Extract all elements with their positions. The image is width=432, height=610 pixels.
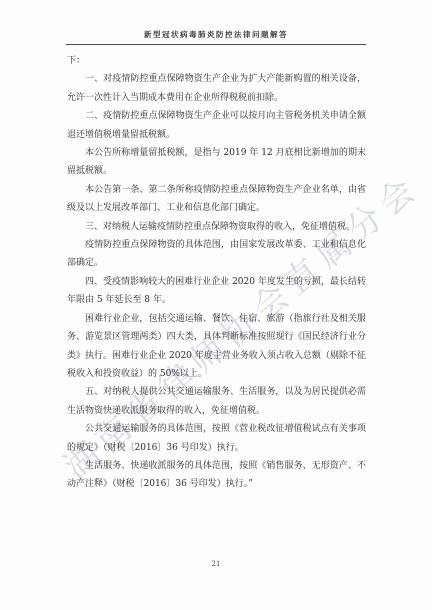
paragraph: 四、受疫情影响较大的困难行业企业 2020 年度发生的亏损，最长结转年限由 5 … [67,273,366,310]
paragraph: 二、疫情防控重点保障物资生产企业可以按月向主管税务机关申请全额退还增值税增量留抵… [67,107,366,144]
document-page: 湖南省律师协会直属分会 新型冠状病毒肺炎防控法律问题解答 下： 一、对疫情防控重… [0,0,432,610]
document-body: 下： 一、对疫情防控重点保障物资生产企业为扩大产能新购置的相关设备，允许一次性计… [67,52,366,494]
paragraph: 一、对疫情防控重点保障物资生产企业为扩大产能新购置的相关设备，允许一次性计入当期… [67,70,366,107]
paragraph: 困难行业企业，包括交通运输、餐饮、住宿、旅游（指旅行社及相关服务、游览景区管理两… [67,310,366,384]
paragraph: 公共交通运输服务的具体范围，按照《营业税改征增值税试点有关事项的规定》（财税〔2… [67,420,366,457]
paragraph: 疫情防控重点保障物资的具体范围，由国家发展改革委、工业和信息化部确定。 [67,236,366,273]
paragraph: 五、对纳税人提供公共交通运输服务、生活服务，以及为居民提供必需生活物资快递收派服… [67,383,366,420]
page-header-title: 新型冠状病毒肺炎防控法律问题解答 [0,29,432,40]
paragraph: 生活服务、快递收派服务的具体范围，按照《销售服务、无形资产、不动产注释》（财税〔… [67,457,366,494]
paragraph: 三、对纳税人运输疫情防控重点保障物资取得的收入，免征增值税。 [67,218,366,236]
paragraph: 本公告所称增量留抵税额，是指与 2019 年 12 月底相比新增加的期末留抵税额… [67,144,366,181]
paragraph: 下： [67,52,366,70]
paragraph: 本公告第一条、第二条所称疫情防控重点保障物资生产企业名单，由省级及以上发展改革部… [67,181,366,218]
page-number: 21 [0,560,432,568]
header-divider [66,44,366,45]
